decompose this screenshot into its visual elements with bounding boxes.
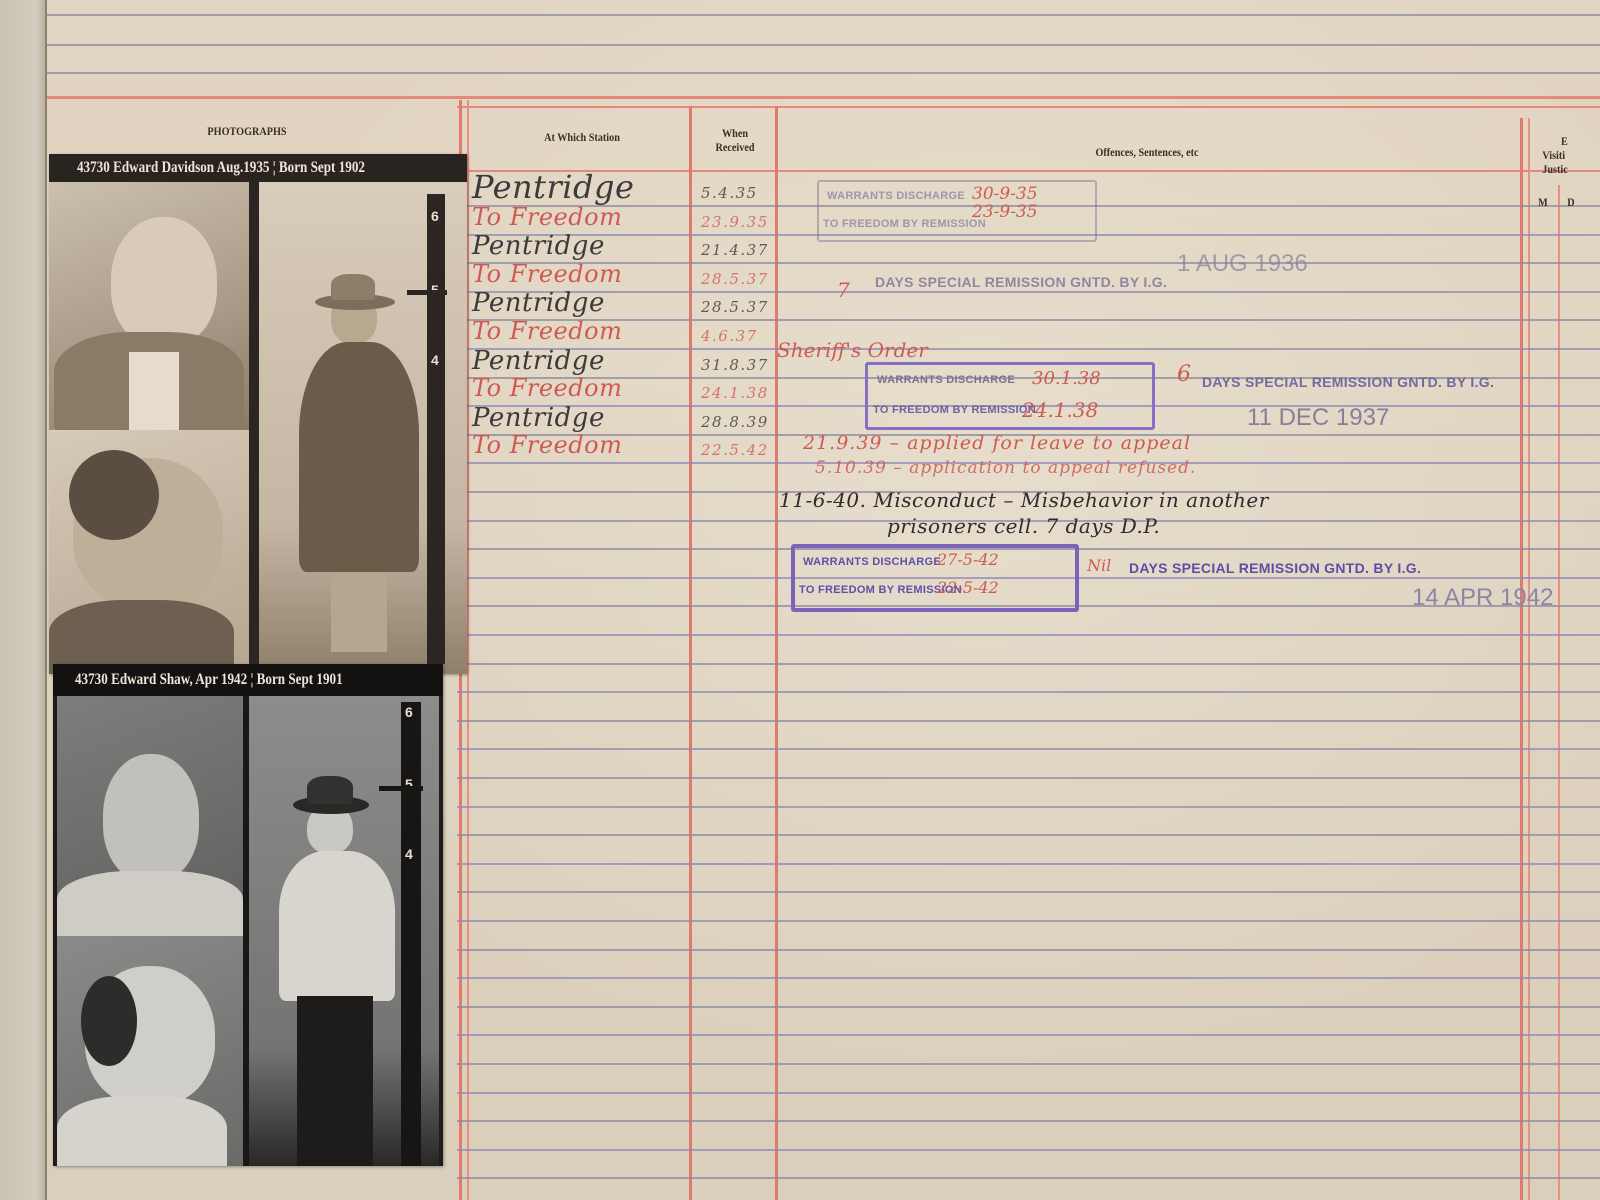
stamp1-label-1: WARRANTS DISCHARGE [827, 190, 965, 202]
movement-date: 28.8.39 [701, 413, 769, 431]
height-mark-6: 6 [431, 208, 439, 224]
header-photographs: PHOTOGRAPHS [179, 124, 315, 138]
full-length-photo: 6 5 4 [249, 696, 439, 1166]
mugshot-card-shaw: 43730 Edward Shaw, Apr 1942 ¦ Born Sept … [53, 664, 443, 1166]
column-divider [1528, 118, 1530, 1200]
movement-date: 22.5.42 [701, 441, 769, 459]
movement-date: 5.4.35 [701, 184, 758, 202]
ruled-line [47, 72, 1600, 74]
movement-station: To Freedom [472, 431, 622, 459]
header-when-received: When Received [697, 126, 773, 154]
photo-caption-text: 43730 Edward Shaw, Apr 1942 ¦ Born Sept … [75, 671, 343, 689]
movement-date: 24.1.38 [701, 384, 769, 402]
movement-date: 23.9.35 [701, 213, 769, 231]
coat-shape [57, 871, 243, 936]
ruled-line [47, 44, 1600, 46]
remission3-date-stamp: 14 APR 1942 [1412, 584, 1553, 612]
hair-shape [69, 450, 159, 540]
photo-caption: 43730 Edward Davidson Aug.1935 ¦ Born Se… [49, 154, 467, 182]
header-visiting-line3: Justic [1542, 162, 1600, 176]
warrant-stamp-2 [865, 362, 1155, 430]
movement-station: Pentridge [472, 346, 605, 376]
stamp1-label-2: TO FREEDOM BY REMISSION [823, 218, 986, 230]
remission1-days: 7 [837, 278, 850, 302]
hat-crown-shape [307, 776, 353, 804]
trousers-shape [331, 572, 387, 652]
sheriffs-order-note: Sheriff's Order [777, 338, 928, 362]
ruled-line [457, 1177, 1600, 1179]
ruled-line [457, 1034, 1600, 1036]
ruled-line [457, 891, 1600, 893]
warrant-stamp-3 [791, 544, 1079, 612]
register-page: PHOTOGRAPHS At Which Station When Receiv… [45, 0, 1600, 1200]
ruled-line [457, 1120, 1600, 1122]
appeal-note-2: 5.10.39 – application to appeal refused. [815, 458, 1196, 478]
ruled-line [457, 720, 1600, 722]
mugshot-card-davidson: 43730 Edward Davidson Aug.1935 ¦ Born Se… [49, 154, 467, 674]
ruled-line [457, 1149, 1600, 1151]
ruled-line [457, 834, 1600, 836]
hat-crown-shape [331, 274, 375, 300]
movement-station: Pentridge [472, 168, 634, 206]
remission2-stamp: DAYS SPECIAL REMISSION GNTD. BY I.G. [1202, 374, 1494, 390]
ruled-line [457, 920, 1600, 922]
remission1-date-stamp: 1 AUG 1936 [1177, 250, 1308, 278]
desk-background [0, 0, 45, 1200]
misconduct-note-2: prisoners cell. 7 days D.P. [887, 514, 1160, 538]
stamp2-value-1: 30.1.38 [1032, 368, 1101, 389]
photo-caption: 43730 Edward Shaw, Apr 1942 ¦ Born Sept … [53, 664, 443, 696]
hair-shape [81, 976, 137, 1066]
jacket-shape [279, 851, 395, 1001]
ruled-line [457, 291, 1600, 293]
column-divider [1520, 118, 1523, 1200]
ruled-line [457, 777, 1600, 779]
movement-date: 31.8.37 [701, 356, 769, 374]
ruled-line [457, 348, 1600, 350]
movement-date: 28.5.37 [701, 270, 769, 288]
ruled-line [457, 262, 1600, 264]
front-portrait-photo [49, 182, 249, 430]
profile-portrait-photo [57, 936, 243, 1166]
header-when-line2: Received [703, 140, 768, 154]
face-shape [111, 217, 217, 347]
header-station: At Which Station [527, 130, 638, 144]
movement-date: 4.6.37 [701, 327, 758, 345]
height-slider [407, 290, 447, 295]
misconduct-note-1: 11-6-40. Misconduct – Misbehavior in ano… [779, 488, 1269, 512]
header-when-line1: When [703, 126, 768, 140]
header-visiting-line2: Visiti [1542, 148, 1600, 162]
ruled-line [457, 748, 1600, 750]
header-visiting-line1: E [1542, 134, 1600, 148]
ruled-line [457, 863, 1600, 865]
profile-portrait-photo [49, 430, 249, 674]
movement-station: Pentridge [472, 231, 605, 261]
ruled-line [457, 663, 1600, 665]
stamp3-value-2: 22-5-42 [937, 578, 999, 597]
header-sub-d: D [1563, 195, 1580, 209]
height-mark-4: 4 [405, 846, 413, 862]
remission1-stamp: DAYS SPECIAL REMISSION GNTD. BY I.G. [875, 274, 1167, 290]
ruled-line [457, 1063, 1600, 1065]
face-shape [103, 754, 199, 882]
ruled-line [457, 977, 1600, 979]
stamp3-label-1: WARRANTS DISCHARGE [803, 556, 941, 568]
movement-station: Pentridge [472, 288, 605, 318]
header-top-rule-2 [457, 106, 1600, 108]
movement-station: To Freedom [472, 260, 622, 288]
ruled-line [457, 1092, 1600, 1094]
movement-station: To Freedom [472, 203, 622, 231]
shirt-shape [129, 352, 179, 430]
ruled-line [457, 1006, 1600, 1008]
height-mark-6: 6 [405, 704, 413, 720]
remission3-stamp: DAYS SPECIAL REMISSION GNTD. BY I.G. [1129, 560, 1421, 576]
ruled-line [47, 14, 1600, 16]
stamp3-value-1: 27-5-42 [937, 550, 999, 569]
header-offences: Offences, Sentences, etc [1071, 145, 1224, 159]
movement-station: To Freedom [472, 374, 622, 402]
stamp2-value-2: 24.1.38 [1022, 398, 1098, 422]
movement-date: 21.4.37 [701, 241, 769, 259]
stamp2-label-2: TO FREEDOM BY REMISSION [873, 404, 1036, 416]
stamp1-value-2: 23-9-35 [972, 202, 1038, 222]
photo-divider [249, 182, 259, 674]
stamp2-label-1: WARRANTS DISCHARGE [877, 374, 1015, 386]
movement-date: 28.5.37 [701, 298, 769, 316]
coat-shape [57, 1096, 227, 1166]
header-sub-m: M [1535, 195, 1552, 209]
front-portrait-photo [57, 696, 243, 936]
remission3-days: Nil [1087, 556, 1111, 575]
appeal-note-1: 21.9.39 – applied for leave to appeal [803, 432, 1191, 454]
ruled-line [457, 806, 1600, 808]
ruled-line [457, 949, 1600, 951]
photo-caption-text: 43730 Edward Davidson Aug.1935 ¦ Born Se… [77, 159, 365, 177]
movement-station: Pentridge [472, 403, 605, 433]
header-top-rule [47, 96, 1600, 99]
height-scale [427, 194, 445, 664]
remission2-days: 6 [1177, 362, 1191, 387]
ruled-line [457, 691, 1600, 693]
coat-shape [49, 600, 234, 674]
stamp1-value-1: 30-9-35 [972, 184, 1038, 204]
movement-station: To Freedom [472, 317, 622, 345]
header-visiting-justices: E Visiti Justic [1537, 134, 1600, 176]
ruled-line [457, 634, 1600, 636]
height-mark-4: 4 [431, 352, 439, 368]
overcoat-shape [299, 342, 419, 572]
trousers-shape [297, 996, 373, 1166]
remission2-date-stamp: 11 DEC 1937 [1247, 404, 1389, 432]
ruled-line [457, 319, 1600, 321]
height-slider [379, 786, 423, 791]
full-length-photo: 6 5 4 [259, 182, 467, 674]
height-scale [401, 702, 421, 1166]
